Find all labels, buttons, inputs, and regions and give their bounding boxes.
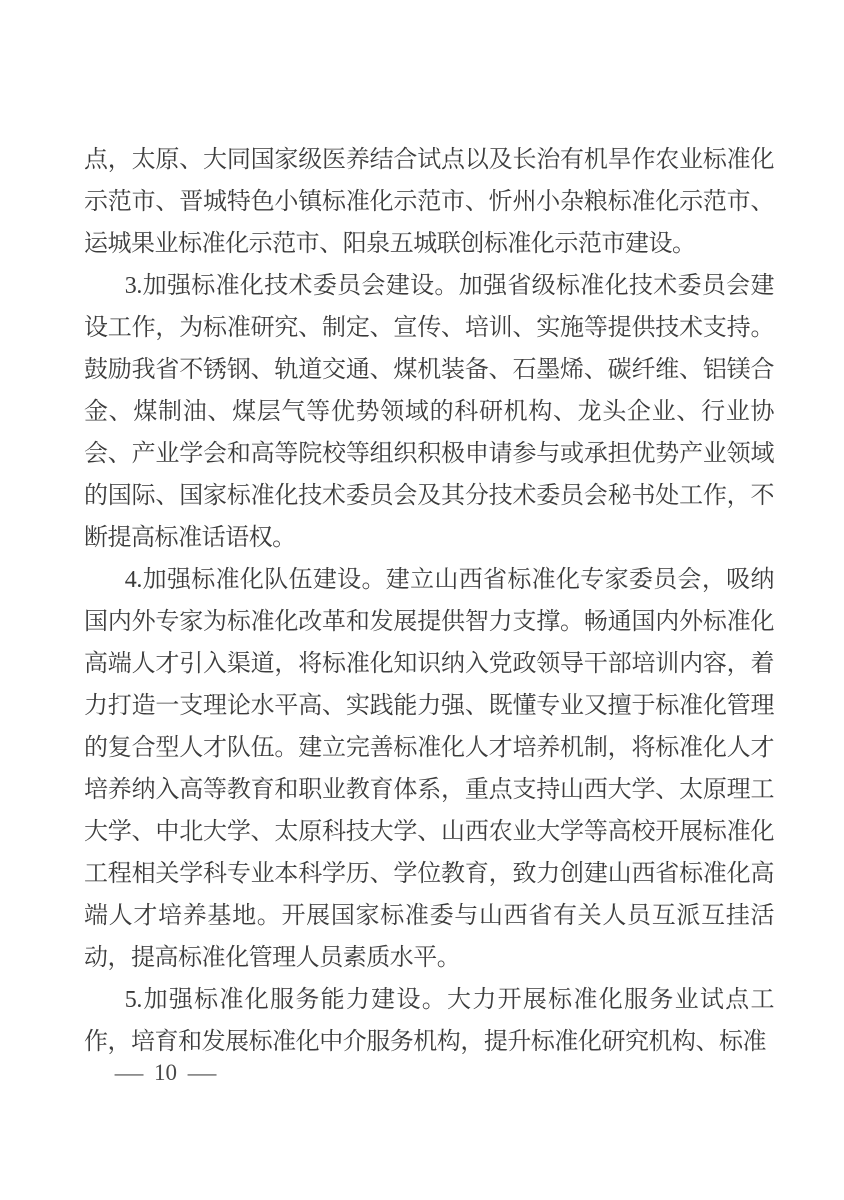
page-number: 10 [154,1058,177,1088]
footer-right-dash: — [188,1058,217,1088]
footer-left-dash: — [115,1058,144,1088]
paragraph-continuation: 点，太原、大同国家级医养结合试点以及长治有机旱作农业标准化示范市、晋城特色小镇标… [84,139,774,265]
paragraph-item-5: 5.加强标准化服务能力建设。大力开展标准化服务业试点工作，培育和发展标准化中介服… [84,979,774,1063]
paragraph-item-3: 3.加强标准化技术委员会建设。加强省级标准化技术委员会建设工作，为标准研究、制定… [84,265,774,559]
document-body: 点，太原、大同国家级医养结合试点以及长治有机旱作农业标准化示范市、晋城特色小镇标… [84,139,774,1063]
page-footer: — 10 — [118,1058,213,1088]
document-page: 点，太原、大同国家级医养结合试点以及长治有机旱作农业标准化示范市、晋城特色小镇标… [0,0,844,1200]
paragraph-item-4: 4.加强标准化队伍建设。建立山西省标准化专家委员会，吸纳国内外专家为标准化改革和… [84,559,774,979]
